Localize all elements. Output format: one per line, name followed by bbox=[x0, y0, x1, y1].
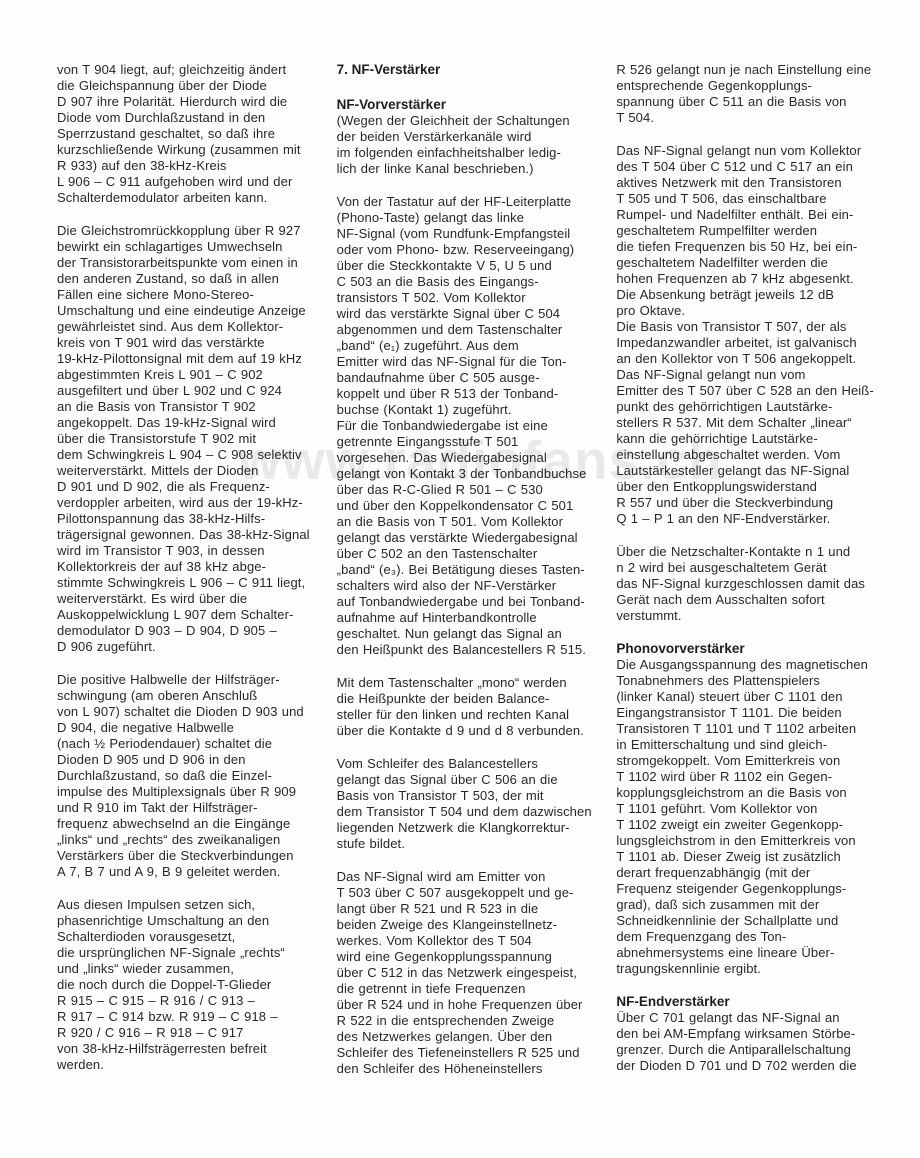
column-middle: 7. NF-Verstärker NF-Vorverstärker (Wegen… bbox=[337, 62, 603, 1094]
paragraph-right-3: Über die Netzschalter-Kontakte n 1 und n… bbox=[616, 544, 882, 624]
document-page: www.radiofans.ch von T 904 liegt, auf; g… bbox=[0, 0, 920, 1158]
paragraph-middle-1: (Wegen der Gleichheit der Schaltungen de… bbox=[337, 113, 603, 177]
subheading-phonovorverstaerker: Phonovorverstärker bbox=[616, 641, 882, 657]
paragraph-middle-4: Vom Schleifer des Balancestellers gelang… bbox=[337, 756, 603, 852]
paragraph-left-3: Die positive Halbwelle der Hilfsträger- … bbox=[57, 672, 323, 880]
three-column-layout: von T 904 liegt, auf; gleichzeitig änder… bbox=[57, 62, 882, 1094]
paragraph-left-1: von T 904 liegt, auf; gleichzeitig änder… bbox=[57, 62, 323, 206]
paragraph-middle-3: Mit dem Tastenschalter „mono“ werden die… bbox=[337, 675, 603, 739]
paragraph-right-4: Die Ausgangsspannung des magnetischen To… bbox=[616, 657, 882, 977]
paragraph-right-5: Über C 701 gelangt das NF-Signal an den … bbox=[616, 1010, 882, 1074]
paragraph-middle-5: Das NF-Signal wird am Emitter von T 503 … bbox=[337, 869, 603, 1077]
paragraph-right-1: R 526 gelangt nun je nach Einstellung ei… bbox=[616, 62, 882, 126]
column-left: von T 904 liegt, auf; gleichzeitig änder… bbox=[57, 62, 323, 1094]
column-right: R 526 gelangt nun je nach Einstellung ei… bbox=[616, 62, 882, 1094]
subheading-nf-vorverstaerker: NF-Vorverstärker bbox=[337, 97, 603, 113]
paragraph-left-4: Aus diesen Impulsen setzen sich, phasenr… bbox=[57, 897, 323, 1073]
paragraph-left-2: Die Gleichstromrückkopplung über R 927 b… bbox=[57, 223, 323, 655]
subheading-nf-endverstaerker: NF-Endverstärker bbox=[616, 994, 882, 1010]
paragraph-right-2: Das NF-Signal gelangt nun vom Kollektor … bbox=[616, 143, 882, 527]
paragraph-middle-2: Von der Tastatur auf der HF-Leiterplatte… bbox=[337, 194, 603, 658]
section-heading-nf-verstaerker: 7. NF-Verstärker bbox=[337, 62, 603, 78]
